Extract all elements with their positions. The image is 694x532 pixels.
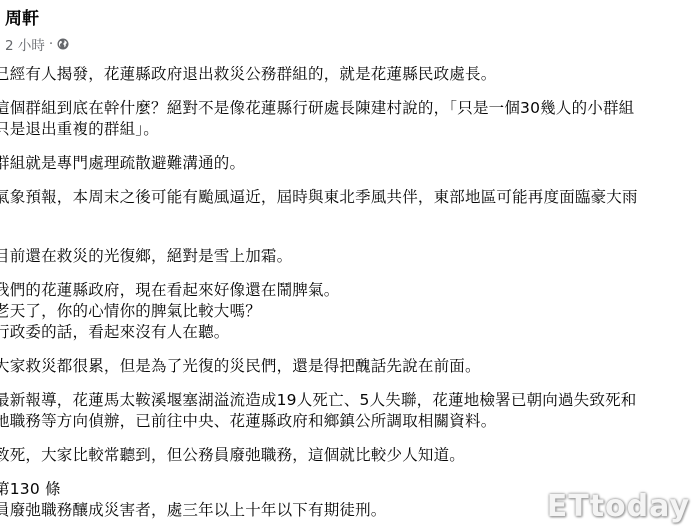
- post-author-name[interactable]: 周軒: [5, 4, 39, 29]
- post-text-line: 弛職務等方向偵辦，已前往中央、花蓮縣政府和鄉鎮公所調取相關資料。: [0, 411, 496, 431]
- meta-separator: ·: [49, 36, 53, 52]
- post-text-line: 氣象預報，本周末之後可能有颱風逼近，屆時與東北季風共伴，東部地區可能再度面臨豪大…: [0, 187, 638, 207]
- post-text-line: 我們的花蓮縣政府，現在看起來好像還在鬧脾氣。: [0, 280, 339, 300]
- post-meta: 2 小時 ·: [5, 34, 69, 54]
- post-text-line: 大家救災都很累，但是為了光復的災民們，還是得把醜話先說在前面。: [0, 356, 481, 376]
- post-text-line: 致死，大家比較常聽到，但公務員廢弛職務，這個就比較少人知道。: [0, 445, 465, 465]
- post-timestamp[interactable]: 2 小時: [5, 34, 45, 54]
- post-text-line: 目前還在救災的光復鄉，絕對是雪上加霜。: [0, 246, 292, 266]
- post-text-line: 這個群組到底在幹什麼？絕對不是像花蓮縣行研處長陳建村說的，「只是一個30幾人的小…: [0, 98, 634, 118]
- globe-icon: [57, 38, 69, 50]
- post-text-line: 第130 條: [0, 479, 61, 499]
- post-text-line: 老天了，你的心情你的脾氣比較大嗎？: [0, 301, 261, 321]
- post-text-line: 只是退出重複的群組」。: [0, 119, 159, 139]
- ettoday-watermark-logo: ETtoday: [547, 489, 690, 524]
- post-text-line: 最新報導，花蓮馬太鞍溪堰塞湖溢流造成19人死亡、5人失聯，花蓮地檢署已朝向過失致…: [0, 390, 637, 410]
- post-text-line: 已經有人揭發，花蓮縣政府退出救災公務群組的，就是花蓮縣民政處長。: [0, 64, 496, 84]
- post-text-line: 群組就是專門處理疏散避難溝通的。: [0, 153, 245, 173]
- post-text-line: 行政委的話，看起來沒有人在聽。: [0, 322, 230, 342]
- post-text-line: 員廢弛職務釀成災害者，處三年以上十年以下有期徒刑。: [0, 500, 387, 520]
- facebook-post: 周軒 2 小時 · 已經有人揭發，花蓮縣政府退出救災公務群組的，就是花蓮縣民政處…: [0, 0, 694, 532]
